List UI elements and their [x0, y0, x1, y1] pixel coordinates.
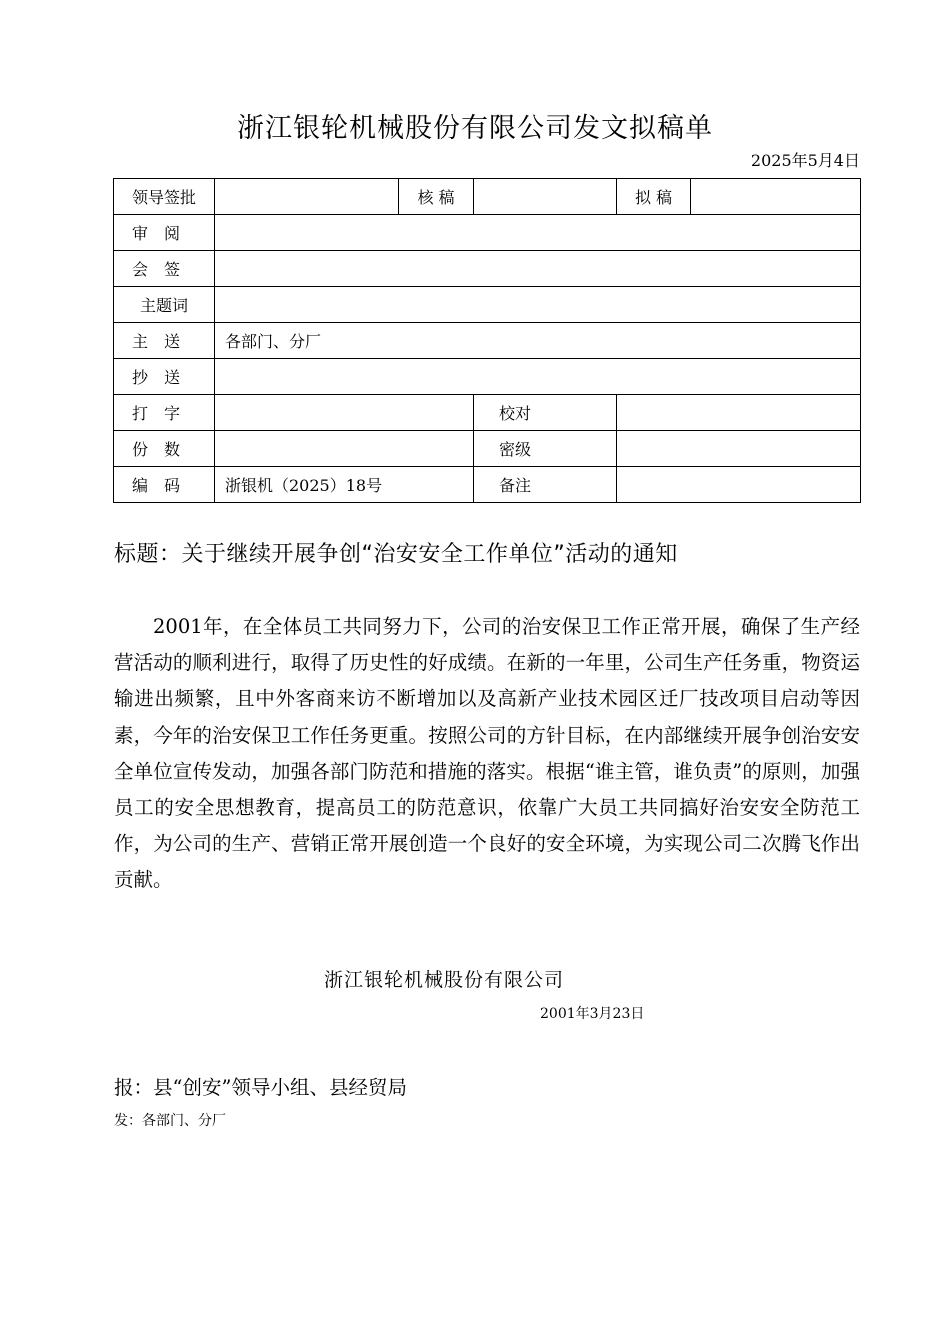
countersign-label: 会签	[114, 251, 215, 287]
form-row-review: 审阅	[114, 215, 861, 251]
main-send-field[interactable]: 各部门、分厂	[215, 323, 861, 359]
typing-label: 打字	[114, 395, 215, 431]
proofread-field[interactable]	[617, 395, 861, 431]
copies-field[interactable]	[215, 431, 474, 467]
notice-body: 2001年，在全体员工共同努力下，公司的治安保卫工作正常开展，确保了生产经营活动…	[114, 609, 860, 899]
cc-field[interactable]	[215, 359, 861, 395]
note-field[interactable]	[617, 467, 861, 503]
typing-field[interactable]	[215, 395, 474, 431]
report-to: 报：县“创安”领导小组、县经贸局	[114, 1072, 407, 1100]
form-row-code: 编码 浙银机（2025）18号 备注	[114, 467, 861, 503]
code-field[interactable]: 浙银机（2025）18号	[215, 467, 474, 503]
signature-date: 2001年3月23日	[540, 1003, 644, 1023]
check-draft-field[interactable]	[474, 179, 617, 215]
form-row-countersign: 会签	[114, 251, 861, 287]
document-title: 浙江银轮机械股份有限公司发文拟稿单	[0, 106, 950, 145]
cc-label: 抄送	[114, 359, 215, 395]
code-label: 编码	[114, 467, 215, 503]
send-to: 发：各部门、分厂	[114, 1110, 226, 1130]
review-label: 审阅	[114, 215, 215, 251]
draft-form-table: 领导签批 核 稿 拟 稿 审阅 会签 主题词 主送 各部门、分厂 抄送 打字 校…	[113, 178, 861, 503]
form-row-approval: 领导签批 核 稿 拟 稿	[114, 179, 861, 215]
document-date: 2025年5月4日	[751, 148, 860, 171]
keywords-field[interactable]	[215, 287, 861, 323]
form-row-keywords: 主题词	[114, 287, 861, 323]
keywords-label: 主题词	[114, 287, 215, 323]
secret-level-field[interactable]	[617, 431, 861, 467]
countersign-field[interactable]	[215, 251, 861, 287]
copies-label: 份数	[114, 431, 215, 467]
proofread-label: 校对	[474, 395, 617, 431]
signature-company: 浙江银轮机械股份有限公司	[324, 965, 564, 992]
secret-level-label: 密级	[474, 431, 617, 467]
leader-approval-field[interactable]	[215, 179, 399, 215]
drafter-label: 拟 稿	[617, 179, 691, 215]
drafter-field[interactable]	[691, 179, 861, 215]
note-label: 备注	[474, 467, 617, 503]
notice-subject: 标题：关于继续开展争创“治安安全工作单位”活动的通知	[114, 537, 678, 568]
form-row-main-send: 主送 各部门、分厂	[114, 323, 861, 359]
review-field[interactable]	[215, 215, 861, 251]
form-row-cc: 抄送	[114, 359, 861, 395]
form-row-copies: 份数 密级	[114, 431, 861, 467]
main-send-label: 主送	[114, 323, 215, 359]
form-row-typing: 打字 校对	[114, 395, 861, 431]
leader-approval-label: 领导签批	[114, 179, 215, 215]
check-draft-label: 核 稿	[399, 179, 474, 215]
